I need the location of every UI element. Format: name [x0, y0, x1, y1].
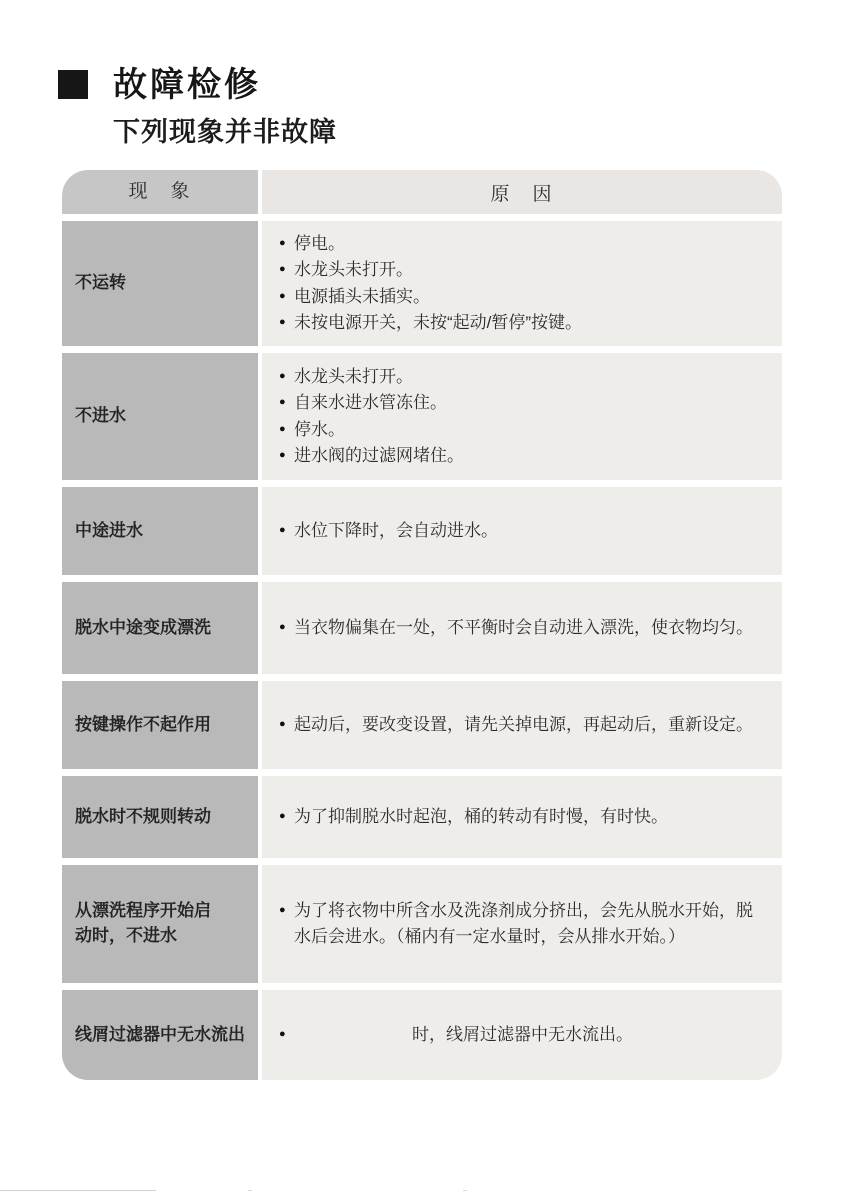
bullet-icon: ●	[279, 390, 294, 408]
bullet-icon: ●	[279, 804, 294, 822]
bullet-icon: ●	[279, 257, 294, 275]
cause-cell: ●停电。●水龙头未打开。●电源插头未插实。●未按电源开关，未按“起动/暂停”按键…	[262, 221, 782, 346]
cause-item: ●未按电源开关，未按“起动/暂停”按键。	[279, 310, 768, 336]
cause-item: ●时，线屑过滤器中无水流出。	[279, 1022, 768, 1048]
bullet-icon: ●	[279, 310, 294, 328]
section-bullet-square-icon	[58, 70, 88, 99]
phenomenon-cell: 线屑过滤器中无水流出	[62, 990, 258, 1080]
bullet-icon: ●	[279, 417, 294, 435]
phenomenon-cell: 不运转	[62, 221, 258, 346]
table-header-phenomenon: 现 象	[62, 170, 258, 214]
cause-text: 进水阀的过滤网堵住。	[294, 443, 464, 469]
table-row: 脱水中途变成漂洗●当衣物偏集在一处，不平衡时会自动进入漂洗，使衣物均匀。	[62, 582, 782, 674]
cause-item: ●自来水进水管冻住。	[279, 390, 768, 416]
cause-text: 起动后，要改变设置，请先关掉电源，再起动后，重新设定。	[294, 712, 753, 738]
cause-text: 为了将衣物中所含水及洗涤剂成分挤出，会先从脱水开始，脱水后会进水。（桶内有一定水…	[294, 898, 768, 951]
missing-text-gap	[294, 1039, 412, 1040]
cause-cell: ●水位下降时，会自动进水。	[262, 487, 782, 575]
phenomenon-cell: 中途进水	[62, 487, 258, 575]
cause-item: ●停水。	[279, 417, 768, 443]
cause-cell: ●为了抑制脱水时起泡，桶的转动有时慢，有时快。	[262, 776, 782, 858]
table-row: 中途进水●水位下降时，会自动进水。	[62, 487, 782, 575]
table-row: 不进水●水龙头未打开。●自来水进水管冻住。●停水。●进水阀的过滤网堵住。	[62, 353, 782, 480]
cause-item: ●起动后，要改变设置，请先关掉电源，再起动后，重新设定。	[279, 712, 768, 738]
cause-text: 自来水进水管冻住。	[294, 390, 447, 416]
phenomenon-cell: 脱水时不规则转动	[62, 776, 258, 858]
phenomenon-cell: 从漂洗程序开始启 动时，不进水	[62, 865, 258, 983]
cause-item: ●电源插头未插实。	[279, 284, 768, 310]
cause-item: ●为了将衣物中所含水及洗涤剂成分挤出，会先从脱水开始，脱水后会进水。（桶内有一定…	[279, 898, 768, 951]
cause-text: 停电。	[294, 231, 345, 257]
table-header-row: 现 象原 因	[62, 170, 782, 214]
phenomenon-cell: 不进水	[62, 353, 258, 480]
bullet-icon: ●	[279, 284, 294, 302]
phenomenon-cell: 脱水中途变成漂洗	[62, 582, 258, 674]
cause-text: 当衣物偏集在一处，不平衡时会自动进入漂洗，使衣物均匀。	[294, 615, 753, 641]
bullet-icon: ●	[279, 1022, 294, 1040]
cause-text: 电源插头未插实。	[294, 284, 430, 310]
cause-text: 未按电源开关，未按“起动/暂停”按键。	[294, 310, 582, 336]
table-row: 线屑过滤器中无水流出●时，线屑过滤器中无水流出。	[62, 990, 782, 1080]
cause-text: 水位下降时，会自动进水。	[294, 518, 498, 544]
table-row: 从漂洗程序开始启 动时，不进水●为了将衣物中所含水及洗涤剂成分挤出，会先从脱水开…	[62, 865, 782, 983]
scan-edge-artifact	[0, 1189, 500, 1191]
table-row: 不运转●停电。●水龙头未打开。●电源插头未插实。●未按电源开关，未按“起动/暂停…	[62, 221, 782, 346]
table-row: 按键操作不起作用●起动后，要改变设置，请先关掉电源，再起动后，重新设定。	[62, 681, 782, 769]
cause-cell: ●时，线屑过滤器中无水流出。	[262, 990, 782, 1080]
cause-item: ●为了抑制脱水时起泡，桶的转动有时慢，有时快。	[279, 804, 768, 830]
cause-item: ●进水阀的过滤网堵住。	[279, 443, 768, 469]
bullet-icon: ●	[279, 518, 294, 536]
page-title: 故障检修	[113, 57, 261, 106]
table-row: 脱水时不规则转动●为了抑制脱水时起泡，桶的转动有时慢，有时快。	[62, 776, 782, 858]
bullet-icon: ●	[279, 712, 294, 730]
phenomenon-cell: 按键操作不起作用	[62, 681, 258, 769]
cause-item: ●水龙头未打开。	[279, 364, 768, 390]
cause-text: 水龙头未打开。	[294, 364, 413, 390]
bullet-icon: ●	[279, 364, 294, 382]
bullet-icon: ●	[279, 615, 294, 633]
bullet-icon: ●	[279, 443, 294, 461]
cause-cell: ●起动后，要改变设置，请先关掉电源，再起动后，重新设定。	[262, 681, 782, 769]
cause-item: ●水龙头未打开。	[279, 257, 768, 283]
cause-text: 水龙头未打开。	[294, 257, 413, 283]
cause-text: 停水。	[294, 417, 345, 443]
bullet-icon: ●	[279, 231, 294, 249]
bullet-icon: ●	[279, 898, 294, 916]
table-header-cause: 原 因	[262, 170, 782, 214]
cause-text: 时，线屑过滤器中无水流出。	[294, 1022, 633, 1048]
cause-cell: ●当衣物偏集在一处，不平衡时会自动进入漂洗，使衣物均匀。	[262, 582, 782, 674]
cause-cell: ●为了将衣物中所含水及洗涤剂成分挤出，会先从脱水开始，脱水后会进水。（桶内有一定…	[262, 865, 782, 983]
cause-item: ●当衣物偏集在一处，不平衡时会自动进入漂洗，使衣物均匀。	[279, 615, 768, 641]
cause-item: ●水位下降时，会自动进水。	[279, 518, 768, 544]
cause-text: 为了抑制脱水时起泡，桶的转动有时慢，有时快。	[294, 804, 668, 830]
manual-page: 故障检修 下列现象并非故障 现 象原 因不运转●停电。●水龙头未打开。●电源插头…	[0, 0, 843, 1192]
troubleshooting-table: 现 象原 因不运转●停电。●水龙头未打开。●电源插头未插实。●未按电源开关，未按…	[62, 170, 782, 1080]
page-subtitle: 下列现象并非故障	[113, 110, 337, 149]
cause-cell: ●水龙头未打开。●自来水进水管冻住。●停水。●进水阀的过滤网堵住。	[262, 353, 782, 480]
cause-item: ●停电。	[279, 231, 768, 257]
